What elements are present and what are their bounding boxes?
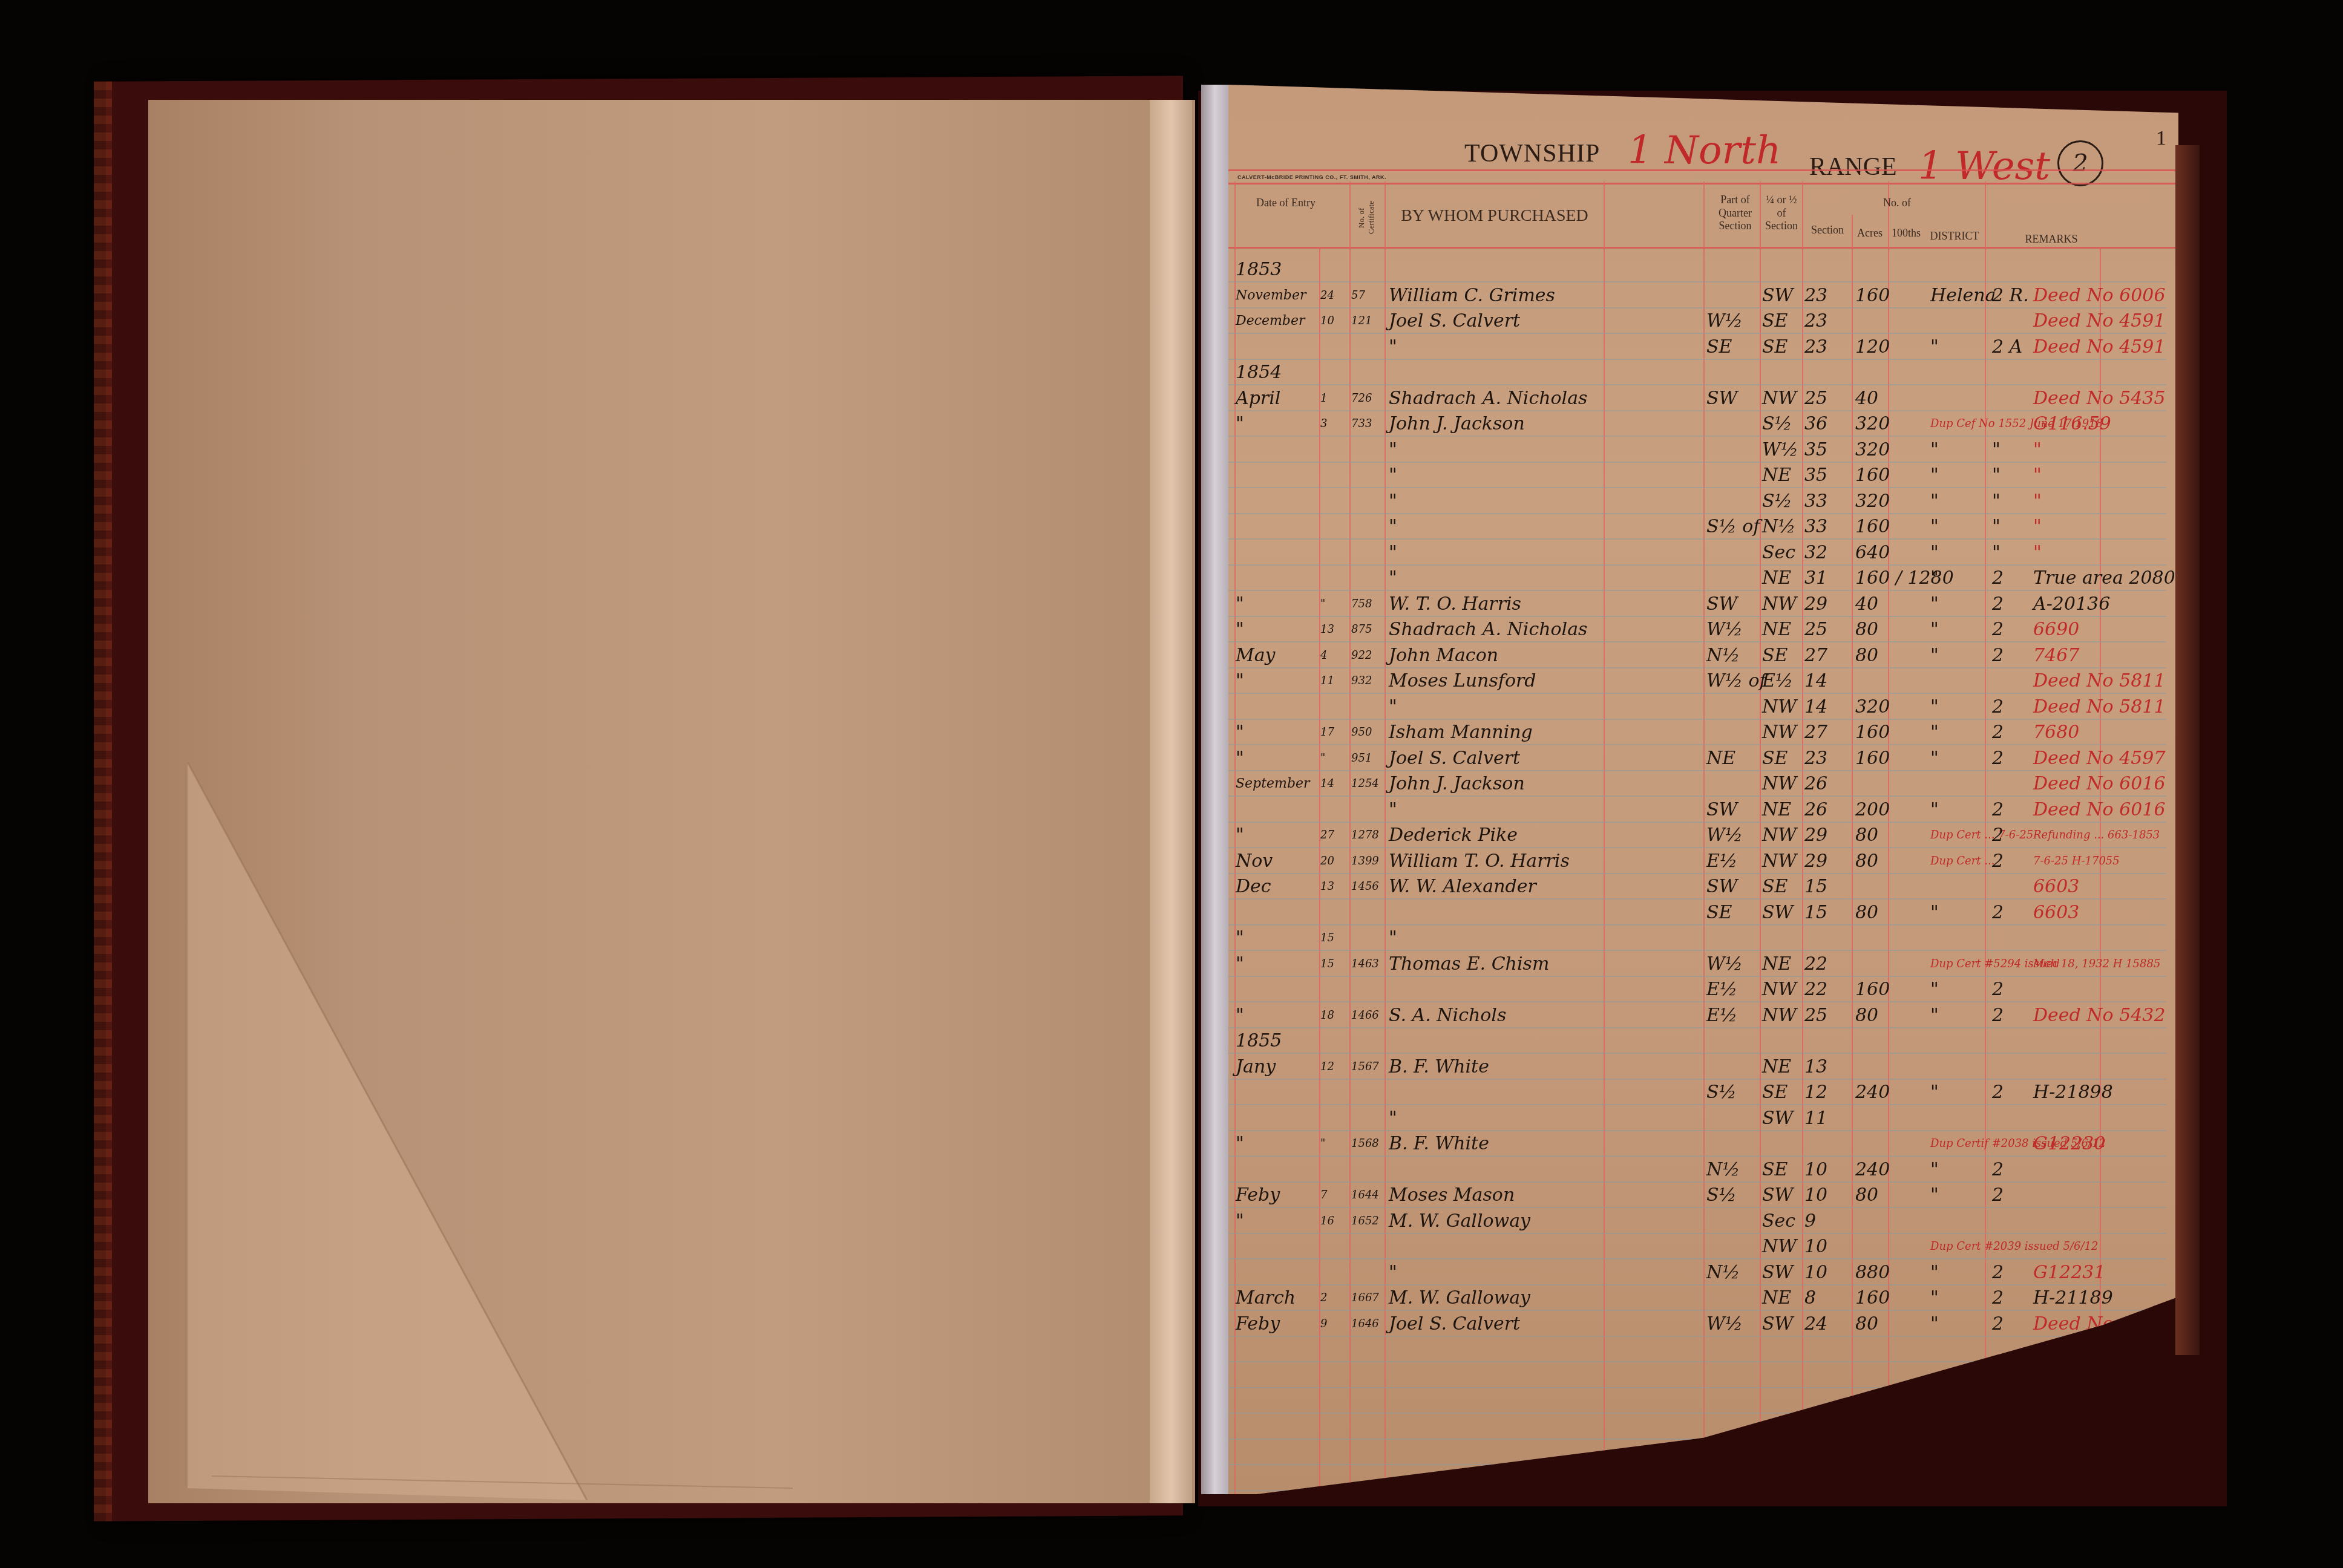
row-remarks: Mch 18, 1932 H 15885 (2033, 952, 2160, 977)
row-purchaser: " (1389, 540, 1397, 566)
row-district: " (1930, 335, 1939, 360)
row-range-mark: 2 (1992, 592, 2004, 617)
row-district: " (1930, 514, 1939, 540)
row-qtr: N½ (1762, 514, 1795, 540)
row-section: 32 (1804, 540, 1827, 566)
row-purchaser: " (1389, 694, 1397, 720)
row-section: 23 (1804, 309, 1827, 334)
row-qtr: S½ (1762, 489, 1792, 514)
table-row: "Sec32640""" (1228, 540, 2178, 566)
row-range-mark: 2 (1992, 900, 2004, 926)
row-day: 24 (1320, 283, 1334, 309)
row-cert: 733 (1351, 411, 1372, 437)
row-qtr: NW (1762, 977, 1797, 1002)
row-date: " (1236, 926, 1244, 951)
row-acres: 240 (1855, 1080, 1890, 1105)
row-acres: 240 (1855, 1157, 1890, 1183)
row-remarks: 6603 (2033, 900, 2079, 926)
row-acres: 80 (1855, 900, 1878, 926)
row-qtr: NE (1762, 952, 1791, 977)
row-purchaser: " (1389, 566, 1397, 591)
row-purchaser: " (1389, 797, 1397, 823)
row-day: " (1320, 746, 1325, 771)
row-acres: 160 (1855, 720, 1890, 745)
row-day: 13 (1320, 617, 1334, 642)
row-qtr: SW (1762, 1260, 1793, 1285)
row-part-qs: SE (1706, 900, 1732, 926)
row-day: 15 (1320, 926, 1334, 951)
row-acres: 80 (1855, 823, 1878, 848)
row-range-mark: 2 (1992, 694, 2004, 720)
row-district: Dup Cert ... 7-6-25 (1930, 823, 2033, 848)
col-header-acres: Acres (1852, 227, 1888, 240)
row-purchaser: William C. Grimes (1389, 283, 1555, 309)
row-purchaser: " (1389, 1260, 1397, 1285)
row-remarks: Deed No 5811 (2033, 668, 2166, 694)
row-district: " (1930, 1080, 1939, 1105)
row-cert: 121 (1351, 309, 1372, 334)
row-district: " (1930, 1157, 1939, 1183)
row-remarks: True area 2080 (2033, 566, 2175, 591)
row-purchaser: S. A. Nichols (1389, 1003, 1506, 1028)
row-day: 2 (1320, 1285, 1327, 1311)
row-date: April (1236, 386, 1280, 411)
row-range-mark: 2 (1992, 746, 2004, 771)
row-qtr: SW (1762, 1183, 1793, 1208)
row-section: 23 (1804, 746, 1827, 771)
row-remarks: H-21898 (2033, 1080, 2113, 1105)
row-acres: 40 (1855, 386, 1878, 411)
row-cert: 922 (1351, 643, 1372, 668)
row-purchaser: " (1389, 1106, 1397, 1131)
row-district: Dup Cert ... (1930, 849, 1994, 874)
table-row: "11932Moses LunsfordW½ ofE½14Deed No 581… (1228, 668, 2178, 694)
row-date: March (1236, 1285, 1296, 1311)
row-qtr: SE (1762, 1157, 1788, 1183)
row-district: " (1930, 592, 1939, 617)
row-purchaser: Thomas E. Chism (1389, 952, 1549, 977)
table-row: "SWNE26200"2Deed No 6016 (1228, 797, 2178, 823)
row-acres: 160 (1855, 463, 1890, 488)
row-section: 25 (1804, 386, 1827, 411)
row-qtr: SW (1762, 1312, 1793, 1337)
row-purchaser: M. W. Galloway (1389, 1209, 1530, 1234)
row-date: November (1236, 283, 1306, 309)
row-cert: 1652 (1351, 1209, 1379, 1234)
row-acres: 320 (1855, 437, 1890, 463)
row-section: 8 (1804, 1285, 1816, 1311)
row-section: 31 (1804, 566, 1827, 591)
row-range-mark: 2 (1992, 797, 2004, 823)
ruled-line (1228, 1515, 2166, 1517)
row-date: Nov (1236, 849, 1273, 874)
table-row: "17950Isham ManningNW27160"27680 (1228, 720, 2178, 745)
row-cert: 1463 (1351, 952, 1379, 977)
row-section: 35 (1804, 463, 1827, 488)
row-district: " (1930, 1183, 1939, 1208)
row-day: 14 (1320, 771, 1334, 797)
row-purchaser: Joel S. Calvert (1389, 746, 1520, 771)
row-remarks: Deed No 4597 (2033, 746, 2166, 771)
row-purchaser: " (1389, 489, 1397, 514)
row-section: 15 (1804, 874, 1827, 900)
row-remarks: Refunding ... 663-1853 (2033, 823, 2160, 848)
ruled-line (1228, 1336, 2166, 1337)
table-row: "271278Dederick PikeW½NW2980Dup Cert ...… (1228, 823, 2178, 848)
row-remarks: Deed No 4591 (2033, 335, 2166, 360)
row-purchaser: John J. Jackson (1389, 411, 1525, 437)
row-part-qs: S½ (1706, 1183, 1737, 1208)
row-remarks: 7-6-25 H-17055 (2033, 849, 2120, 874)
header-rule (1228, 169, 2178, 171)
row-qtr: Sec (1762, 1209, 1795, 1234)
row-date: " (1236, 720, 1244, 745)
row-part-qs: W½ (1706, 1312, 1743, 1337)
row-qtr: NW (1762, 592, 1797, 617)
row-date: Jany (1236, 1054, 1276, 1080)
row-part-qs: S½ of (1706, 514, 1760, 540)
row-remarks: Deed No 5435 (2033, 386, 2166, 411)
row-section: 33 (1804, 489, 1827, 514)
row-purchaser: B. F. White (1389, 1131, 1489, 1157)
row-range-mark: 2 (1992, 1003, 2004, 1028)
col-header-qtr: ¼ or ½ of Section (1761, 194, 1802, 233)
row-cert: 726 (1351, 386, 1372, 411)
row-purchaser: Isham Manning (1389, 720, 1533, 745)
row-cert: 951 (1351, 746, 1372, 771)
row-cert: 950 (1351, 720, 1372, 745)
page-number: 1 (2156, 127, 2166, 150)
row-day: " (1320, 592, 1325, 617)
row-qtr: SW (1762, 283, 1793, 309)
row-day: 7 (1320, 1183, 1327, 1208)
row-section: 22 (1804, 952, 1827, 977)
ruled-line (1228, 1541, 2166, 1543)
row-day: " (1320, 1131, 1325, 1157)
table-row: "NE31160 / 1280"2True area 2080 (1228, 566, 2178, 591)
row-day: 11 (1320, 668, 1334, 694)
row-purchaser: " (1389, 463, 1397, 488)
row-day: 10 (1320, 309, 1334, 334)
table-row: "13875Shadrach A. NicholasW½NE2580"26690 (1228, 617, 2178, 642)
row-district: " (1930, 977, 1939, 1002)
row-date: December (1236, 309, 1305, 334)
row-range-mark: 2 A (1992, 335, 2022, 360)
table-row: May4922John MaconN½SE2780"27467 (1228, 643, 2178, 668)
row-date: " (1236, 952, 1244, 977)
row-acres: 160 / 1280 (1855, 566, 1954, 591)
row-acres: 160 (1855, 977, 1890, 1002)
row-remarks: G116.59 (2033, 411, 2111, 437)
col-header-cert: No. of Certificate (1357, 191, 1375, 245)
table-row: September141254John J. JacksonNW26Deed N… (1228, 771, 2178, 797)
row-acres: 40 (1855, 592, 1878, 617)
row-acres: 160 (1855, 514, 1890, 540)
table-row: April1726Shadrach A. NicholasSWNW2540Dee… (1228, 386, 2178, 411)
book-gutter (1201, 85, 1228, 1494)
row-purchaser: M. W. Galloway (1389, 1285, 1530, 1311)
row-cert: 1667 (1351, 1285, 1379, 1311)
table-row: "181466S. A. NicholsE½NW2580"2Deed No 54… (1228, 1003, 2178, 1028)
row-qtr: NE (1762, 1054, 1791, 1080)
row-remarks: Deed No 6006 (2033, 283, 2166, 309)
row-day: 1 (1320, 386, 1327, 411)
row-qtr: NW (1762, 1003, 1797, 1028)
row-section: 26 (1804, 771, 1827, 797)
table-row: November2457William C. GrimesSW23160Hele… (1228, 283, 2178, 309)
col-header-no-of: No. of (1852, 197, 1942, 210)
row-section: 11 (1804, 1106, 1827, 1131)
row-district: " (1930, 540, 1939, 566)
township-value: 1 North (1628, 128, 1781, 173)
row-cert: 1644 (1351, 1183, 1379, 1208)
left-page-edge (1150, 100, 1192, 1503)
row-district: " (1930, 566, 1939, 591)
row-date: 1854 (1236, 360, 1282, 385)
row-qtr: SE (1762, 874, 1788, 900)
row-acres: 80 (1855, 1003, 1878, 1028)
row-purchaser: " (1389, 335, 1397, 360)
row-purchaser: " (1389, 437, 1397, 463)
row-purchaser: Shadrach A. Nicholas (1389, 386, 1588, 411)
table-row: S½SE12240"2H-21898 (1228, 1080, 2178, 1105)
row-purchaser: John Macon (1389, 643, 1498, 668)
row-section: 26 (1804, 797, 1827, 823)
row-remarks: Deed No 4591 (2033, 309, 2166, 334)
row-range-mark: 2 (1992, 1080, 2004, 1105)
table-row: E½NW22160"2 (1228, 977, 2178, 1002)
row-purchaser: Moses Lunsford (1389, 668, 1536, 694)
row-section: 35 (1804, 437, 1827, 463)
row-section: 25 (1804, 1003, 1827, 1028)
row-remarks: A-20136 (2033, 592, 2110, 617)
row-qtr: SE (1762, 1080, 1788, 1105)
row-date: " (1236, 1131, 1244, 1157)
row-date: Dec (1236, 874, 1271, 900)
row-qtr: NW (1762, 694, 1797, 720)
row-date: " (1236, 617, 1244, 642)
row-part-qs: SW (1706, 592, 1737, 617)
row-district: " (1930, 1312, 1939, 1337)
row-date: " (1236, 823, 1244, 848)
row-purchaser: " (1389, 514, 1397, 540)
row-qtr: NE (1762, 1285, 1791, 1311)
row-day: 16 (1320, 1209, 1334, 1234)
row-range-mark: 2 (1992, 643, 2004, 668)
row-range-mark: 2 (1992, 566, 2004, 591)
row-date: " (1236, 592, 1244, 617)
row-range-mark: 2 (1992, 1260, 2004, 1285)
row-range-mark: 2 (1992, 1312, 2004, 1337)
row-day: 15 (1320, 952, 1334, 977)
col-header-remarks: REMARKS (2003, 233, 2100, 246)
row-acres: 320 (1855, 694, 1890, 720)
row-remarks: 7680 (2033, 720, 2079, 745)
row-purchaser: Shadrach A. Nicholas (1389, 617, 1588, 642)
table-row: Feby91646Joel S. CalvertW½SW2480"2Deed N… (1228, 1312, 2178, 1337)
row-acres: 80 (1855, 643, 1878, 668)
row-remarks: Deed No 6016 (2033, 797, 2166, 823)
row-section: 13 (1804, 1054, 1827, 1080)
row-purchaser: William T. O. Harris (1389, 849, 1570, 874)
row-day: 20 (1320, 849, 1334, 874)
row-remarks: G12230 (2033, 1131, 2105, 1157)
row-qtr: NW (1762, 823, 1797, 848)
row-remarks: " (2033, 489, 2042, 514)
table-row: ""951Joel S. CalvertNESE23160"2Deed No 4… (1228, 746, 2178, 771)
row-remarks: Deed No 6016 (2033, 771, 2166, 797)
row-cert: 1646 (1351, 1312, 1379, 1337)
table-row: NW10Dup Cert #2039 issued 5/6/12 (1228, 1234, 2178, 1259)
row-section: 25 (1804, 617, 1827, 642)
row-acres: 160 (1855, 1285, 1890, 1311)
row-district: " (1930, 720, 1939, 745)
row-date: 1855 (1236, 1028, 1282, 1054)
row-part-qs: S½ (1706, 1080, 1737, 1105)
row-acres: 160 (1855, 283, 1890, 309)
table-row: N½SE10240"2 (1228, 1157, 2178, 1183)
row-section: 10 (1804, 1157, 1827, 1183)
table-row: "3733John J. JacksonS½36320Dup Cef No 15… (1228, 411, 2178, 437)
row-acres: 80 (1855, 1183, 1878, 1208)
row-cert: 57 (1351, 283, 1365, 309)
row-day: 4 (1320, 643, 1327, 668)
right-cover-edge (2175, 145, 2200, 1355)
table-row: "S½ ofN½33160""" (1228, 514, 2178, 540)
row-part-qs: SW (1706, 874, 1737, 900)
col-header-district: DISTRICT (1924, 230, 1985, 243)
row-range-mark: 2 (1992, 823, 2004, 848)
row-acres: 640 (1855, 540, 1890, 566)
row-cert: 758 (1351, 592, 1372, 617)
row-section: 10 (1804, 1234, 1827, 1259)
range-label: RANGE (1809, 152, 1897, 181)
row-qtr: SE (1762, 309, 1788, 334)
row-cert: 932 (1351, 668, 1372, 694)
row-cert: 875 (1351, 617, 1372, 642)
table-row: 1853 (1228, 257, 2178, 283)
row-part-qs: N½ (1706, 1157, 1740, 1183)
row-district: " (1930, 1285, 1939, 1311)
row-qtr: SW (1762, 1106, 1793, 1131)
row-purchaser: W. W. Alexander (1389, 874, 1536, 900)
row-part-qs: E½ (1706, 977, 1737, 1002)
row-district: " (1930, 1260, 1939, 1285)
row-date: 1853 (1236, 257, 1282, 283)
row-qtr: W½ (1762, 437, 1798, 463)
row-remarks: " (2033, 463, 2042, 488)
row-district: " (1930, 617, 1939, 642)
table-row: "151463Thomas E. ChismW½NE22Dup Cert #52… (1228, 952, 2178, 977)
row-section: 15 (1804, 900, 1827, 926)
row-range-mark: " (1992, 514, 2001, 540)
table-row: "NE35160""" (1228, 463, 2178, 488)
row-district: " (1930, 746, 1939, 771)
row-part-qs: E½ (1706, 1003, 1737, 1028)
row-section: 10 (1804, 1260, 1827, 1285)
row-qtr: NW (1762, 386, 1797, 411)
table-row: December10121Joel S. CalvertW½SE23Deed N… (1228, 309, 2178, 334)
circled-mark: 2 (2057, 140, 2103, 186)
row-qtr: NE (1762, 566, 1791, 591)
row-range-mark: " (1992, 437, 2001, 463)
row-section: 29 (1804, 823, 1827, 848)
row-range-mark: 2 R. (1992, 283, 2029, 309)
row-district: " (1930, 489, 1939, 514)
table-row: SESW1580"26603 (1228, 900, 2178, 926)
col-header-section: Section (1803, 224, 1852, 237)
row-qtr: NE (1762, 463, 1791, 488)
row-acres: 80 (1855, 617, 1878, 642)
col-header-hundredths: 100ths (1888, 227, 1924, 240)
row-day: 12 (1320, 1054, 1334, 1080)
row-section: 29 (1804, 592, 1827, 617)
folded-corner-flap (188, 762, 799, 1500)
row-purchaser: John J. Jackson (1389, 771, 1525, 797)
row-qtr: NE (1762, 617, 1791, 642)
col-header-purchaser: BY WHOM PURCHASED (1386, 206, 1604, 226)
row-acres: 80 (1855, 849, 1878, 874)
township-label: TOWNSHIP (1464, 139, 1600, 168)
table-row: "161652M. W. GallowaySec9 (1228, 1209, 2178, 1234)
row-district: " (1930, 1003, 1939, 1028)
row-qtr: SE (1762, 746, 1788, 771)
row-day: 13 (1320, 874, 1334, 900)
row-section: 14 (1804, 694, 1827, 720)
row-purchaser: " (1389, 926, 1397, 951)
row-cert: 1568 (1351, 1131, 1379, 1157)
table-row: "W½35320""" (1228, 437, 2178, 463)
row-date: " (1236, 1003, 1244, 1028)
row-section: 23 (1804, 335, 1827, 360)
table-row: "SESE23120"2 ADeed No 4591 (1228, 335, 2178, 360)
row-qtr: SW (1762, 900, 1793, 926)
table-row: ""758W. T. O. HarrisSWNW2940"2A-20136 (1228, 592, 2178, 617)
row-part-qs: W½ of (1706, 668, 1766, 694)
table-row: Nov201399William T. O. HarrisE½NW2980Dup… (1228, 849, 2178, 874)
row-section: 36 (1804, 411, 1827, 437)
row-date: May (1236, 643, 1276, 668)
row-remarks: 6603 (2033, 874, 2079, 900)
row-section: 24 (1804, 1312, 1827, 1337)
row-qtr: SE (1762, 335, 1788, 360)
table-row: "S½33320""" (1228, 489, 2178, 514)
row-day: 17 (1320, 720, 1334, 745)
row-range-mark: " (1992, 489, 2001, 514)
row-part-qs: W½ (1706, 617, 1743, 642)
row-day: 27 (1320, 823, 1334, 848)
row-part-qs: SE (1706, 335, 1732, 360)
row-qtr: NW (1762, 849, 1797, 874)
row-purchaser: B. F. White (1389, 1054, 1489, 1080)
table-row: March21667M. W. GallowayNE8160"2H-21189 (1228, 1285, 2178, 1311)
row-section: 12 (1804, 1080, 1827, 1105)
table-row: "N½SW10880"2G12231 (1228, 1260, 2178, 1285)
row-cert: 1456 (1351, 874, 1379, 900)
row-qtr: S½ (1762, 411, 1792, 437)
table-row: 1855 (1228, 1028, 2178, 1054)
row-cert: 1399 (1351, 849, 1379, 874)
table-row: "15" (1228, 926, 2178, 951)
row-range-mark: 2 (1992, 849, 2004, 874)
row-district: " (1930, 437, 1939, 463)
row-range-mark: " (1992, 540, 2001, 566)
row-district: Dup Cert #2039 issued 5/6/12 (1930, 1234, 2099, 1259)
row-section: 27 (1804, 720, 1827, 745)
row-district: " (1930, 463, 1939, 488)
row-day: 3 (1320, 411, 1327, 437)
row-date: September (1236, 771, 1310, 797)
